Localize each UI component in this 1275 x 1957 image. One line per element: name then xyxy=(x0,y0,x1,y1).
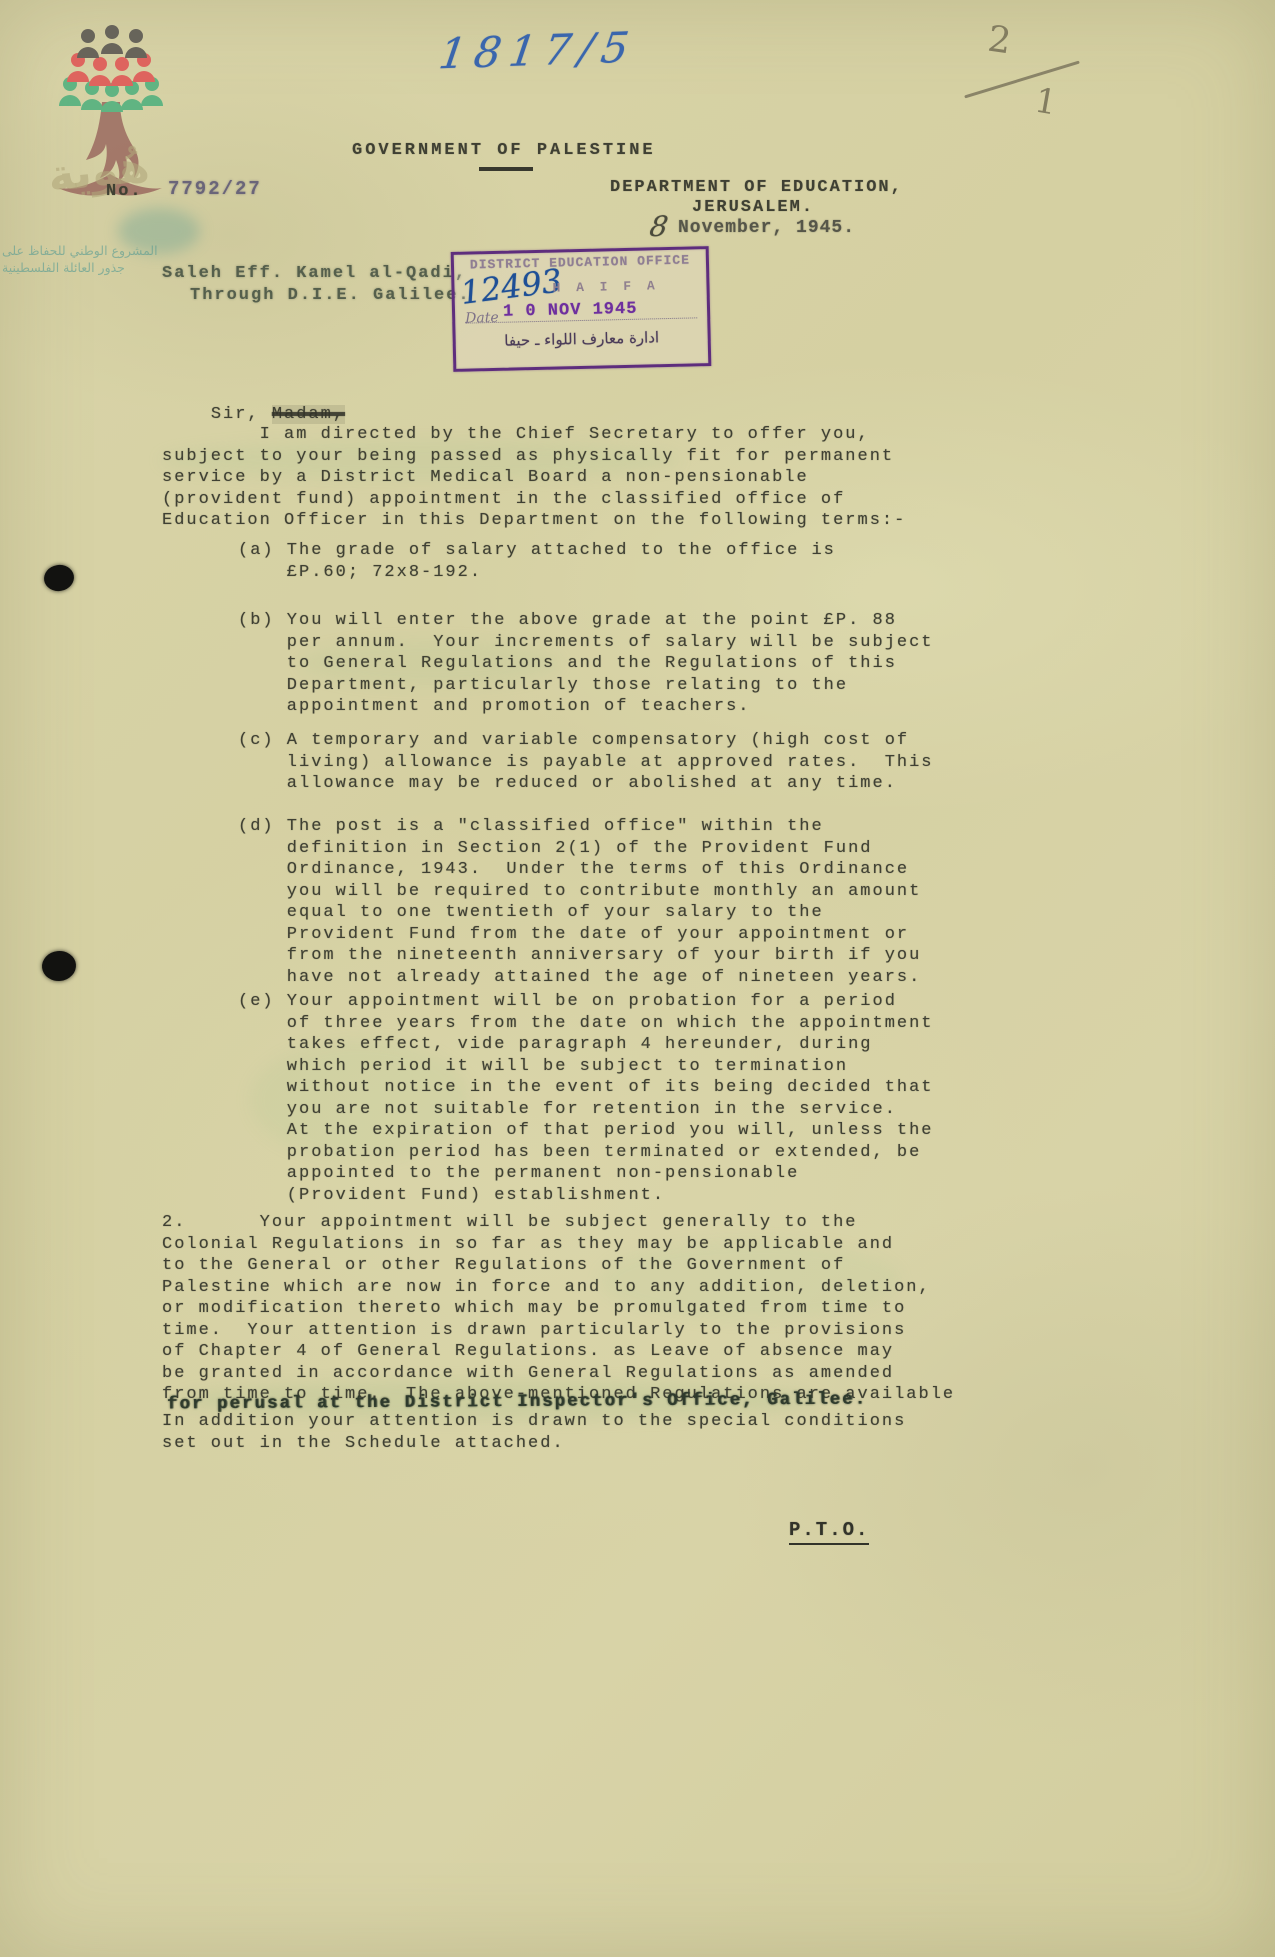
paragraph-closing: In addition your attention is drawn to t… xyxy=(162,1411,906,1454)
watermark-org-line2: جذور العائلة الفلسطينية xyxy=(2,259,174,276)
receipt-stamp-city: H A I F A xyxy=(552,278,659,295)
paragraph-intro: I am directed by the Chief Secretary to … xyxy=(162,424,906,532)
watermark-org-line1: المشروع الوطني للحفاظ على xyxy=(2,242,174,259)
letterhead-title: GOVERNMENT OF PALESTINE xyxy=(352,140,656,162)
salutation-struck-word: Madam, xyxy=(272,405,345,424)
scanned-letter-page: هُوية المشروع الوطني للحفاظ على جذور الع… xyxy=(0,0,1275,1957)
title-underline xyxy=(479,167,533,171)
hole-punch xyxy=(42,563,76,594)
salutation-fixed: Sir, xyxy=(211,405,272,424)
paragraph-2: 2. Your appointment will be subject gene… xyxy=(162,1212,955,1406)
pencil-slash xyxy=(964,61,1080,99)
paragraph-item-e: (e) Your appointment will be on probatio… xyxy=(238,991,934,1206)
pto-note: P.T.O. xyxy=(789,1519,869,1545)
department-line2: JERUSALEM. xyxy=(692,197,814,219)
date-stamp: November, 1945. xyxy=(678,218,855,238)
paragraph-item-b: (b) You will enter the above grade at th… xyxy=(238,610,934,718)
ref-number: 7792/27 xyxy=(168,179,262,201)
receipt-stamp-date-label: Date xyxy=(465,310,499,327)
pencil-note-numerator: 2 xyxy=(985,19,1013,63)
paragraph-item-d: (d) The post is a "classified office" wi… xyxy=(238,816,921,988)
paragraph-item-a: (a) The grade of salary attached to the … xyxy=(238,540,836,583)
handwritten-day: 8 xyxy=(648,210,671,244)
receipt-stamp-arabic: ادارة معارف اللواء ـ حيفا xyxy=(456,327,708,351)
hole-punch xyxy=(41,949,78,982)
pencil-note-denominator: 1 xyxy=(1032,80,1060,123)
department-line1: DEPARTMENT OF EDUCATION, xyxy=(610,177,903,199)
paragraph-item-c: (c) A temporary and variable compensator… xyxy=(238,730,934,795)
handwritten-file-ref: 1817/5 xyxy=(436,23,640,79)
ref-label: No. xyxy=(106,181,143,203)
receipt-stamp: DISTRICT EDUCATION OFFICE 12493 H A I F … xyxy=(451,246,712,372)
watermark-org-name: المشروع الوطني للحفاظ على جذور العائلة ا… xyxy=(2,242,174,276)
addressee-line1: Saleh Eff. Kamel al-Qadi, xyxy=(162,263,467,285)
addressee-line2: Through D.I.E. Galilee. xyxy=(190,285,471,307)
